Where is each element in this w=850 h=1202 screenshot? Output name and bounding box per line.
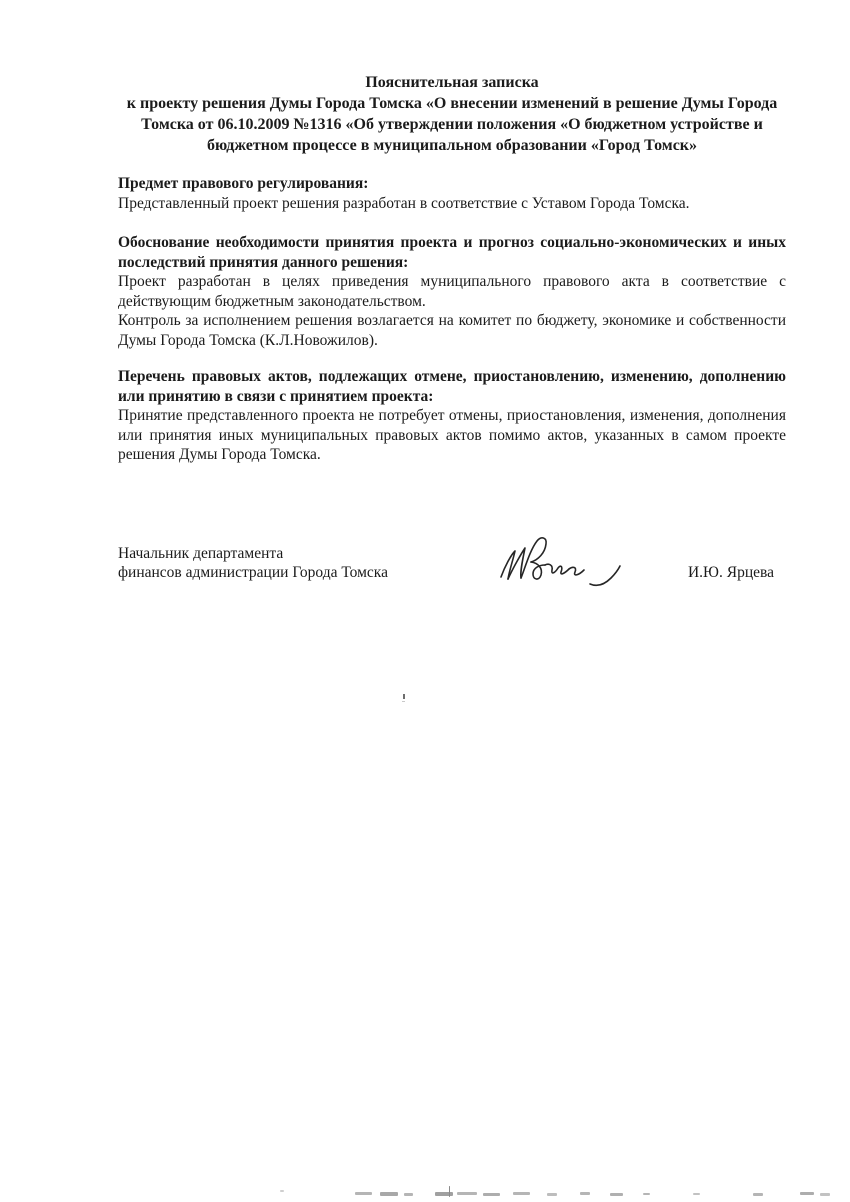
scan-noise-dash xyxy=(610,1193,623,1196)
scan-speck xyxy=(403,694,405,699)
scan-noise-dash xyxy=(483,1193,500,1196)
signer-position-line2: финансов администрации Города Томска xyxy=(118,563,478,583)
scan-noise-dash xyxy=(404,1193,413,1196)
scan-noise-dash xyxy=(820,1193,830,1196)
scan-noise-dash xyxy=(280,1190,284,1192)
section-justification: Обоснование необходимости принятия проек… xyxy=(118,233,786,350)
scan-noise-dash xyxy=(355,1192,372,1195)
scan-noise-dash xyxy=(753,1193,763,1196)
section-paragraph: Контроль за исполнением решения возлагае… xyxy=(118,311,786,350)
document-content: Пояснительная записка к проекту решения … xyxy=(118,72,786,583)
scan-noise-dash xyxy=(693,1193,700,1195)
signer-position-line1: Начальник департамента xyxy=(118,544,478,564)
scan-noise-dash xyxy=(800,1192,814,1195)
scan-noise-dash xyxy=(513,1192,530,1195)
section-heading: Обоснование необходимости принятия проек… xyxy=(118,233,786,272)
signature-block: Начальник департамента финансов админист… xyxy=(118,525,786,583)
scan-noise-dash xyxy=(435,1192,453,1196)
scan-noise-dash xyxy=(457,1192,477,1195)
scan-noise-dash xyxy=(547,1193,557,1196)
section-paragraph: Принятие представленного проекта не потр… xyxy=(118,406,786,465)
section-heading: Перечень правовых актов, подлежащих отме… xyxy=(118,367,786,406)
scanned-document-page: Пояснительная записка к проекту решения … xyxy=(0,0,850,1202)
signer-name: И.Ю. Ярцева xyxy=(688,563,774,583)
document-title: Пояснительная записка к проекту решения … xyxy=(118,72,786,156)
scan-noise-tick xyxy=(449,1186,450,1197)
section-paragraph: Представленный проект решения разработан… xyxy=(118,194,786,214)
section-subject-of-regulation: Предмет правового регулирования: Предста… xyxy=(118,174,786,213)
section-paragraph: Проект разработан в целях приведения мун… xyxy=(118,272,786,311)
document-title-line1: Пояснительная записка xyxy=(118,72,786,93)
scan-noise-dash xyxy=(643,1193,650,1195)
document-title-body: к проекту решения Думы Города Томска «О … xyxy=(118,93,786,156)
handwritten-signature-icon xyxy=(494,535,626,593)
signer-position: Начальник департамента финансов админист… xyxy=(118,544,478,583)
scan-noise-dash xyxy=(580,1192,590,1195)
section-heading: Предмет правового регулирования: xyxy=(118,174,786,194)
section-list-of-legal-acts: Перечень правовых актов, подлежащих отме… xyxy=(118,367,786,465)
scan-noise-dash xyxy=(380,1192,398,1196)
scan-speck xyxy=(402,701,405,702)
